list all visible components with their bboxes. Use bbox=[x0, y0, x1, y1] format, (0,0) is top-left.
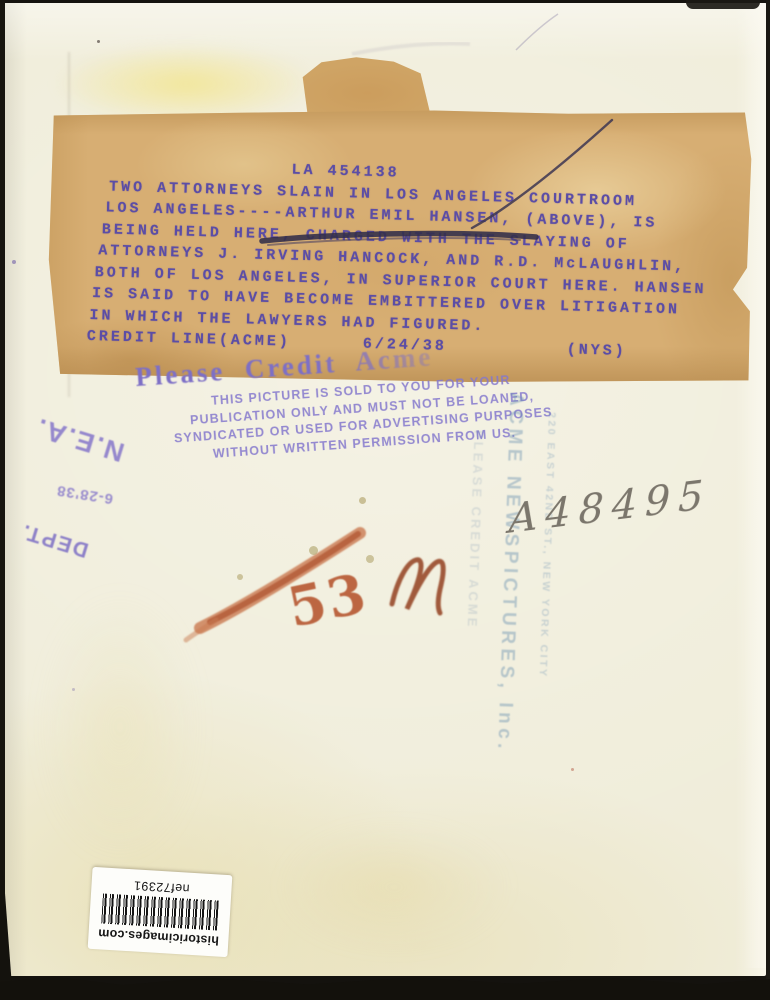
speck bbox=[72, 688, 75, 691]
scan-edge-top bbox=[0, 0, 770, 3]
sticker-code-text: nef72391 bbox=[133, 878, 190, 895]
speck bbox=[571, 768, 574, 771]
left-stain bbox=[44, 562, 234, 892]
speck bbox=[309, 546, 318, 555]
speck bbox=[237, 574, 243, 580]
slip-body: LA 454138 TWO ATTORNEYS SLAIN IN LOS ANG… bbox=[46, 110, 752, 382]
bottom-stain bbox=[254, 812, 534, 962]
speck bbox=[359, 497, 366, 504]
scan-edge-left bbox=[0, 0, 5, 1000]
slip-torn-bump bbox=[300, 56, 434, 118]
speck bbox=[12, 260, 16, 264]
typewritten-caption: LA 454138 TWO ATTORNEYS SLAIN IN LOS ANG… bbox=[87, 154, 732, 365]
speck bbox=[97, 40, 100, 43]
press-photo-back: LA 454138 TWO ATTORNEYS SLAIN IN LOS ANG… bbox=[0, 0, 770, 1000]
caption-slip: LA 454138 TWO ATTORNEYS SLAIN IN LOS ANG… bbox=[46, 54, 756, 384]
inventory-sticker: historicimages.com nef72391 bbox=[88, 867, 233, 957]
speck bbox=[366, 555, 374, 563]
scan-edge-right bbox=[766, 0, 770, 1000]
scan-edge-top-right bbox=[686, 0, 760, 9]
barcode bbox=[101, 893, 219, 930]
